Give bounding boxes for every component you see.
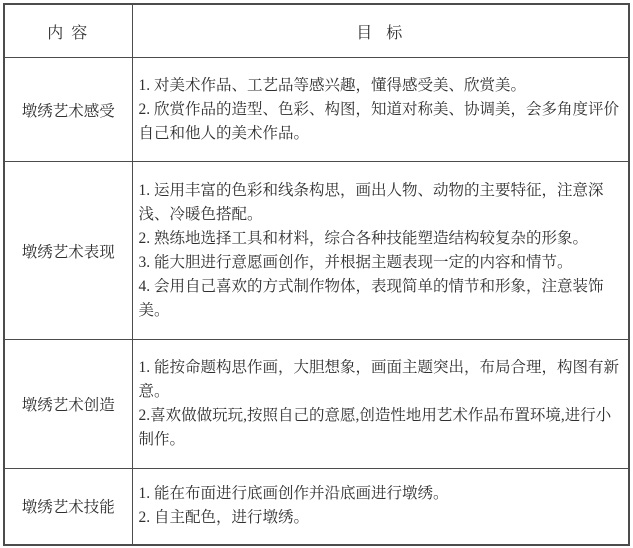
goal-item: 2. 自主配色，进行墩绣。 xyxy=(139,506,626,530)
goal-item: 1. 能按命题构思作画，大胆想象，画面主题突出，布局合理，构图有新意。 xyxy=(139,356,626,404)
row-label: 墩绣艺术感受 xyxy=(4,58,132,162)
header-cell-target: 目 标 xyxy=(132,4,629,58)
table-row-art-skills: 墩绣艺术技能 1. 能在布面进行底画创作并沿底画进行墩绣。 2. 自主配色，进行… xyxy=(4,469,629,545)
table-row-art-expression: 墩绣艺术表现 1. 运用丰富的色彩和线条构思，画出人物、动物的主要特征，注意深浅… xyxy=(4,162,629,340)
document-page: 内 容 目 标 墩绣艺术感受 1. 对美术作品、工艺品等感兴趣，懂得感受美、欣赏… xyxy=(0,0,633,548)
row-label: 墩绣艺术创造 xyxy=(4,340,132,469)
goal-item: 1. 运用丰富的色彩和线条构思，画出人物、动物的主要特征，注意深浅、冷暖色搭配。 xyxy=(139,179,626,227)
goal-item: 1. 对美术作品、工艺品等感兴趣，懂得感受美、欣赏美。 xyxy=(139,74,626,98)
goal-item: 2. 欣赏作品的造型、色彩、构图，知道对称美、协调美，会多角度评价自己和他人的美… xyxy=(139,98,626,146)
header-cell-content: 内 容 xyxy=(4,4,132,58)
table-row-art-appreciation: 墩绣艺术感受 1. 对美术作品、工艺品等感兴趣，懂得感受美、欣赏美。 2. 欣赏… xyxy=(4,58,629,162)
goal-cell: 1. 能按命题构思作画，大胆想象，画面主题突出，布局合理，构图有新意。 2.喜欢… xyxy=(132,340,629,469)
row-label: 墩绣艺术技能 xyxy=(4,469,132,545)
goal-item: 1. 能在布面进行底画创作并沿底画进行墩绣。 xyxy=(139,482,626,506)
row-label: 墩绣艺术表现 xyxy=(4,162,132,340)
goal-item: 2. 熟练地选择工具和材料，综合各种技能塑造结构较复杂的形象。 xyxy=(139,227,626,251)
goal-item: 2.喜欢做做玩玩,按照自己的意愿,创造性地用艺术作品布置环境,进行小制作。 xyxy=(139,404,626,452)
goal-item: 4. 会用自己喜欢的方式制作物体，表现简单的情节和形象，注意装饰美。 xyxy=(139,275,626,323)
goal-item: 3. 能大胆进行意愿画创作，并根据主题表现一定的内容和情节。 xyxy=(139,251,626,275)
goal-cell: 1. 能在布面进行底画创作并沿底画进行墩绣。 2. 自主配色，进行墩绣。 xyxy=(132,469,629,545)
table-row-art-creation: 墩绣艺术创造 1. 能按命题构思作画，大胆想象，画面主题突出，布局合理，构图有新… xyxy=(4,340,629,469)
curriculum-table: 内 容 目 标 墩绣艺术感受 1. 对美术作品、工艺品等感兴趣，懂得感受美、欣赏… xyxy=(3,3,630,546)
goal-cell: 1. 对美术作品、工艺品等感兴趣，懂得感受美、欣赏美。 2. 欣赏作品的造型、色… xyxy=(132,58,629,162)
goal-cell: 1. 运用丰富的色彩和线条构思，画出人物、动物的主要特征，注意深浅、冷暖色搭配。… xyxy=(132,162,629,340)
table-header-row: 内 容 目 标 xyxy=(4,4,629,58)
